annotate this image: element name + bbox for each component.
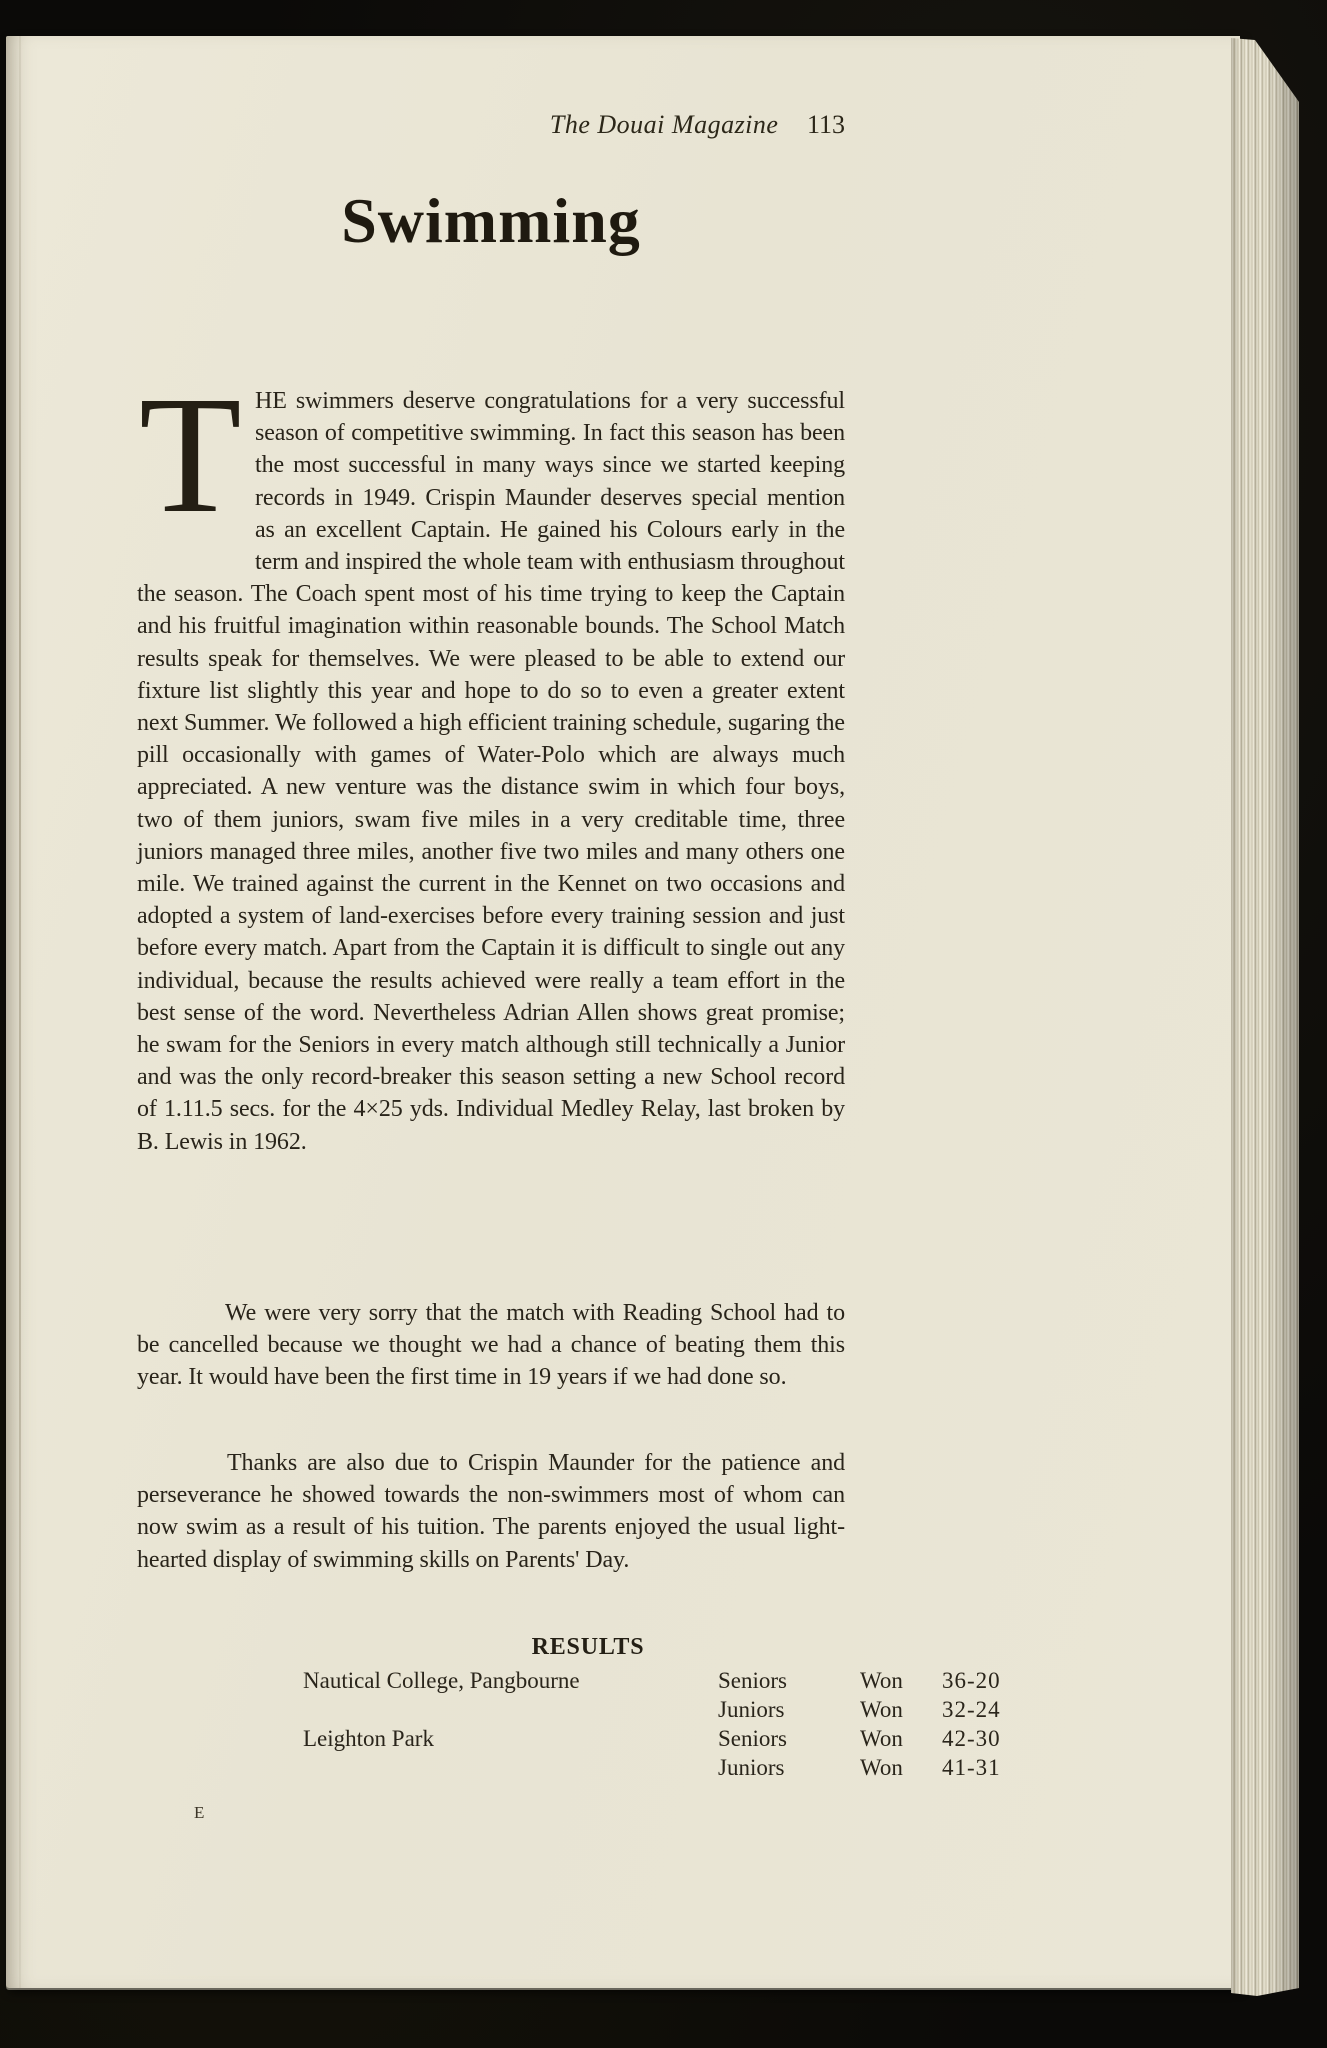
result-cell: Won: [860, 1697, 903, 1723]
paragraph-3: Thanks are also due to Crispin Maunder f…: [137, 1447, 845, 1576]
table-row: Leighton Park Seniors Won 42-30: [6, 1726, 1240, 1755]
article-title: Swimming: [137, 184, 845, 258]
team-cell: Juniors: [718, 1755, 784, 1781]
results-heading: RESULTS: [438, 1634, 738, 1661]
score-cell: 41-31: [942, 1755, 1001, 1781]
paragraph-2: We were very sorry that the match with R…: [137, 1297, 845, 1394]
table-row: Juniors Won 32-24: [6, 1697, 1240, 1726]
signature-mark: E: [194, 1803, 204, 1823]
screenshot-root: { "page": { "header": { "magazine_title"…: [0, 0, 1327, 2048]
book-page: The Douai Magazine 113 Swimming THE swim…: [6, 36, 1240, 1988]
result-cell: Won: [860, 1755, 903, 1781]
drop-cap-letter: T: [139, 387, 255, 525]
score-cell: 36-20: [942, 1668, 1001, 1694]
results-table: Nautical College, Pangbourne Seniors Won…: [6, 1668, 1240, 1784]
paragraph-2-text: We were very sorry that the match with R…: [137, 1300, 845, 1390]
result-cell: Won: [860, 1726, 903, 1752]
table-row: Nautical College, Pangbourne Seniors Won…: [6, 1668, 1240, 1697]
running-head: The Douai Magazine 113: [405, 110, 845, 140]
team-cell: Juniors: [718, 1697, 784, 1723]
team-cell: Seniors: [718, 1668, 787, 1694]
paragraph-1: THE swimmers deserve congratulations for…: [137, 385, 845, 1158]
page-number: 113: [807, 110, 845, 139]
result-cell: Won: [860, 1668, 903, 1694]
opponent-cell: Nautical College, Pangbourne: [303, 1668, 580, 1694]
table-row: Juniors Won 41-31: [6, 1755, 1240, 1784]
score-cell: 42-30: [942, 1726, 1001, 1752]
score-cell: 32-24: [942, 1697, 1001, 1723]
opponent-cell: Leighton Park: [303, 1726, 434, 1752]
magazine-title: The Douai Magazine: [550, 110, 779, 139]
drop-cap-box: T: [137, 385, 255, 548]
team-cell: Seniors: [718, 1726, 787, 1752]
paragraph-3-text: Thanks are also due to Crispin Maunder f…: [137, 1450, 845, 1573]
page-edge-stack: [1231, 38, 1299, 1996]
